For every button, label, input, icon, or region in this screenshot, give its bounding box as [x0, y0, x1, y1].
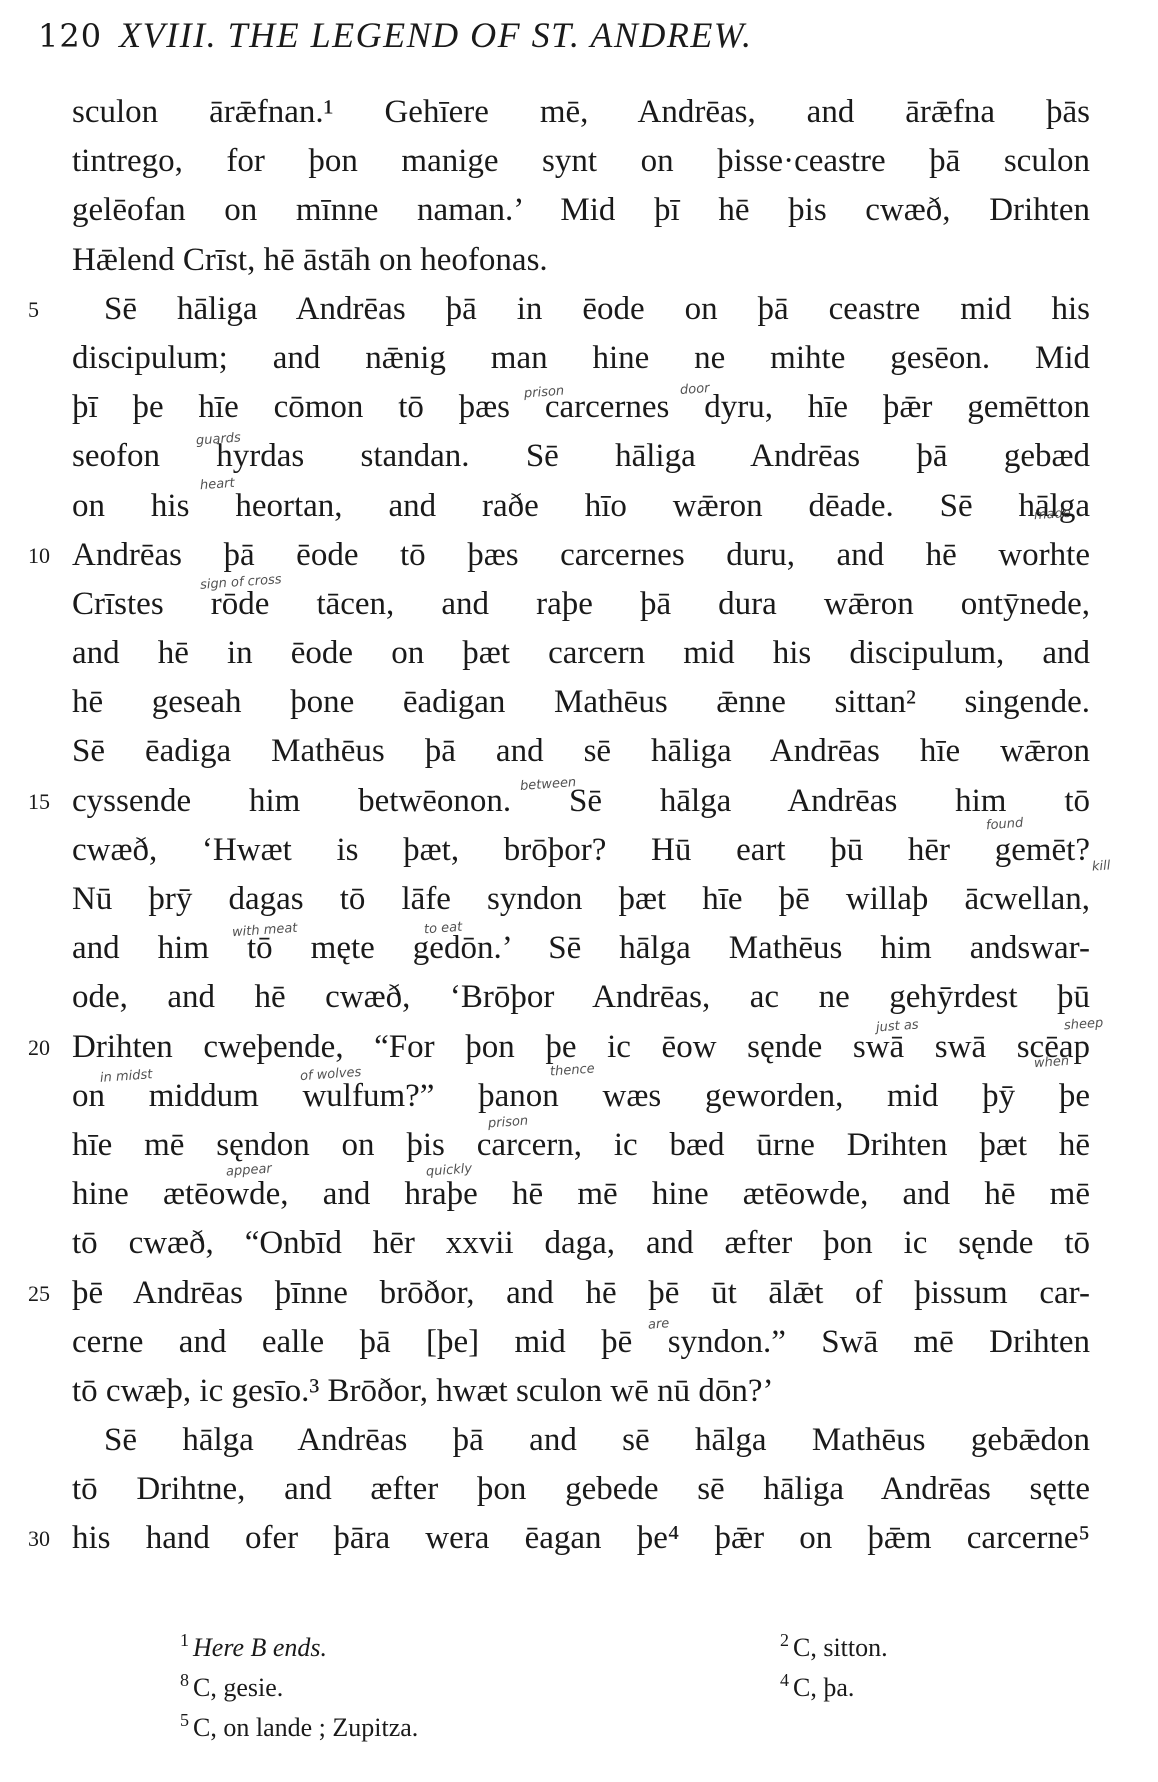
line-number: 10	[28, 531, 50, 580]
handwritten-gloss: sheep	[1064, 1017, 1104, 1033]
footnote: 4C, þa.	[780, 1668, 1000, 1708]
text-line: and him tō męte gedōn.’ Sē hālga Mathēus…	[72, 924, 1090, 973]
line-number: 5	[28, 285, 39, 334]
handwritten-gloss: quickly	[426, 1162, 473, 1178]
footnote-text: Here B ends.	[193, 1633, 327, 1662]
text-line: Sē hālga Andrēas þā and sē hālga Mathēus…	[72, 1416, 1090, 1465]
line-number: 15	[28, 777, 50, 826]
handwritten-gloss: heart	[200, 477, 235, 492]
text-line: hīe mē sęndon on þis carcern, ic bæd ūrn…	[72, 1121, 1090, 1170]
text-line: tō Drihtne, and æfter þon gebede sē hāli…	[72, 1465, 1090, 1514]
footnote	[780, 1708, 1000, 1748]
handwritten-gloss: appear	[226, 1162, 273, 1178]
handwritten-gloss: are	[648, 1317, 670, 1331]
handwritten-gloss: prison	[524, 385, 565, 401]
text-line: tō cwæð, “Onbīd hēr xxvii daga, and æfte…	[72, 1219, 1090, 1268]
text-line: 10Andrēas þā ēode tō þæs carcernes duru,…	[72, 531, 1090, 580]
footnote-text: C, gesie.	[193, 1673, 283, 1702]
text-line: tō cwæþ, ic gesīo.³ Brōðor, hwæt sculon …	[72, 1367, 1090, 1416]
text-line: and hē in ēode on þæt carcern mid his di…	[72, 629, 1090, 678]
line-number: 20	[28, 1023, 50, 1072]
text-line: sculon ārǣfnan.¹ Gehīere mē, Andrēas, an…	[72, 88, 1090, 137]
text-line: cerne and ealle þā [þe] mid þē syndon.” …	[72, 1318, 1090, 1367]
footnote-row: 8C, gesie. 4C, þa.	[180, 1668, 1000, 1708]
text-line: þī þe hīe cōmon tō þæs carcernes dyru, h…	[72, 383, 1090, 432]
text-line: 15cyssende him betwēonon. Sē hālga Andrē…	[72, 777, 1090, 826]
handwritten-gloss: found	[986, 817, 1024, 833]
text-line: Sē ēadiga Mathēus þā and sē hāliga Andrē…	[72, 727, 1090, 776]
text-line: hē geseah þone ēadigan Mathēus ǣnne sitt…	[72, 678, 1090, 727]
text-line: cwæð, ‘Hwæt is þæt, brōþor? Hū eart þū h…	[72, 826, 1090, 875]
text-line: 25þē Andrēas þīnne brōðor, and hē þē ūt …	[72, 1269, 1090, 1318]
footnote-text: C, þa.	[793, 1673, 854, 1702]
handwritten-gloss: made	[1034, 507, 1072, 523]
handwritten-gloss: in midst	[100, 1068, 153, 1085]
text-line: 5Sē hāliga Andrēas þā in ēode on þā ceas…	[72, 285, 1090, 334]
handwritten-gloss: between	[520, 776, 577, 793]
handwritten-gloss: just as	[876, 1019, 919, 1035]
text-body: sculon ārǣfnan.¹ Gehīere mē, Andrēas, an…	[72, 88, 1090, 1564]
text-line: 30his hand ofer þāra wera ēagan þe⁴ þǣr …	[72, 1514, 1090, 1563]
text-line: ode, and hē cwæð, ‘Brōþor Andrēas, ac ne…	[72, 973, 1090, 1022]
page-number: 120	[38, 17, 108, 55]
footnote-text: C, sitton.	[793, 1633, 888, 1662]
handwritten-gloss: prison	[488, 1115, 529, 1131]
text-line: Nū þrȳ dagas tō lāfe syndon þæt hīe þē w…	[72, 875, 1090, 924]
line-number: 25	[28, 1269, 50, 1318]
text-line: tintrego, for þon manige synt on þisse·c…	[72, 137, 1090, 186]
footnote: 8C, gesie.	[180, 1668, 780, 1708]
line-number: 30	[28, 1514, 50, 1563]
footnote: 2C, sitton.	[780, 1628, 1000, 1668]
footnotes: 1Here B ends. 2C, sitton. 8C, gesie. 4C,…	[180, 1628, 1000, 1748]
text-line: on middum wulfum?” þanon wæs geworden, m…	[72, 1072, 1090, 1121]
handwritten-gloss: when	[1034, 1055, 1070, 1070]
footnote: 5C, on lande ; Zupitza.	[180, 1708, 780, 1748]
text-line: discipulum; and nǣnig man hine ne mihte …	[72, 334, 1090, 383]
handwritten-gloss: guards	[196, 431, 242, 447]
text-line: hine ætēowde, and hraþe hē mē hine ætēow…	[72, 1170, 1090, 1219]
footnote: 1Here B ends.	[180, 1628, 780, 1668]
text-line: Hǣlend Crīst, hē āstāh on heofonas.	[72, 236, 1090, 285]
footnote-text: C, on lande ; Zupitza.	[193, 1713, 418, 1742]
handwritten-gloss: to eat	[424, 921, 463, 937]
footnote-row: 5C, on lande ; Zupitza.	[180, 1708, 1000, 1748]
handwritten-gloss: kill	[1092, 859, 1111, 873]
handwritten-gloss: thence	[550, 1062, 596, 1078]
text-line: gelēofan on mīnne naman.’ Mid þī hē þis …	[72, 186, 1090, 235]
chapter-title: XVIII. THE LEGEND OF ST. ANDREW.	[119, 15, 752, 55]
running-head: 120 XVIII. THE LEGEND OF ST. ANDREW.	[38, 14, 753, 56]
handwritten-gloss: door	[680, 382, 710, 397]
footnote-row: 1Here B ends. 2C, sitton.	[180, 1628, 1000, 1668]
